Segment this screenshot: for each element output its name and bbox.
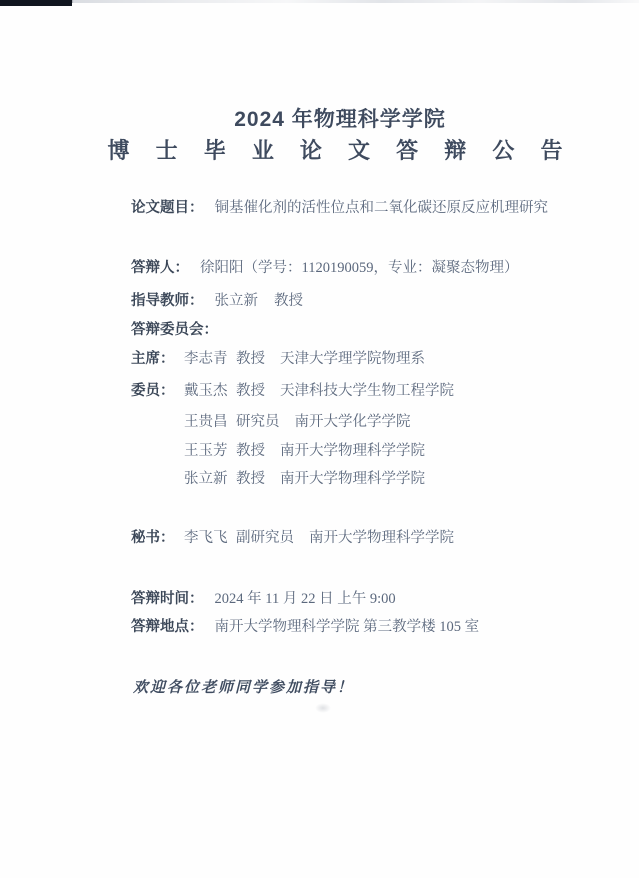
committee-member-title: 教授 <box>236 470 265 489</box>
advisor-title: 教授 <box>274 293 303 309</box>
committee-row-member: 王贵昌研究员南开大学化学学院 <box>131 413 411 432</box>
secretary-name: 李飞飞 <box>184 529 236 548</box>
defense-time-value: 2024 年 11 月 22 日 上午 9:00 <box>215 591 396 607</box>
thesis-title-label: 论文题目： <box>131 200 204 216</box>
scanned-document-page: 2024 年物理科学学院 博 士 毕 业 论 文 答 辩 公 告 论文题目：铜基… <box>0 0 639 878</box>
committee-member-affiliation: 天津科技大学生物工程学院 <box>280 383 454 399</box>
defense-location-label: 答辩地点： <box>131 619 204 635</box>
committee-member-affiliation: 天津大学理学院物理系 <box>280 351 425 367</box>
committee-header-row: 答辩委员会： <box>131 321 229 340</box>
defense-location-value: 南开大学物理科学学院 第三教学楼 105 室 <box>215 619 480 635</box>
document-title-year-line: 2024 年物理科学学院 <box>40 103 639 133</box>
committee-row-member: 委员：戴玉杰教授天津科技大学生物工程学院 <box>131 382 454 401</box>
committee-member-affiliation: 南开大学化学学院 <box>295 414 411 430</box>
scan-artifact-top-edge <box>0 0 639 3</box>
defense-time-row: 答辩时间：2024 年 11 月 22 日 上午 9:00 <box>131 590 396 609</box>
committee-header-label: 答辩委员会： <box>131 322 218 338</box>
closing-welcome-line: 欢迎各位老师同学参加指导！ <box>133 676 354 697</box>
committee-member-name: 张立新 <box>184 470 236 489</box>
committee-row-member: 张立新教授南开大学物理科学学院 <box>131 470 425 489</box>
secretary-affiliation: 南开大学物理科学学院 <box>309 530 454 546</box>
advisor-label: 指导教师： <box>131 293 204 309</box>
secretary-title: 副研究员 <box>236 529 294 548</box>
committee-row-chair: 主席：李志青教授天津大学理学院物理系 <box>131 350 425 369</box>
committee-row-member: 王玉芳教授南开大学物理科学学院 <box>131 442 425 461</box>
thesis-title-value: 铜基催化剂的活性位点和二氧化碳还原反应机理研究 <box>215 200 549 216</box>
defender-value: 徐阳阳（学号：1120190059，专业：凝聚态物理） <box>200 260 518 276</box>
committee-member-name: 王玉芳 <box>184 442 236 461</box>
secretary-label: 秘书： <box>131 529 184 548</box>
committee-member-affiliation: 南开大学物理科学学院 <box>280 443 425 459</box>
committee-member-title: 教授 <box>236 382 265 401</box>
committee-member-name: 戴玉杰 <box>184 382 236 401</box>
secretary-row: 秘书：李飞飞副研究员南开大学物理科学学院 <box>131 529 454 548</box>
scan-artifact-smudge <box>315 703 331 713</box>
committee-member-title: 教授 <box>236 442 265 461</box>
advisor-name: 张立新 <box>215 293 259 309</box>
advisor-row: 指导教师：张立新教授 <box>131 292 303 311</box>
defense-location-row: 答辩地点：南开大学物理科学学院 第三教学楼 105 室 <box>131 618 479 637</box>
committee-role-label: 主席： <box>131 350 184 369</box>
thesis-title-row: 论文题目：铜基催化剂的活性位点和二氧化碳还原反应机理研究 <box>131 199 548 218</box>
document-title-main-line: 博 士 毕 业 论 文 答 辩 公 告 <box>40 134 639 165</box>
defender-label: 答辩人： <box>131 260 189 276</box>
scan-artifact-corner-bar <box>0 0 72 6</box>
committee-role-label: 委员： <box>131 382 184 401</box>
defender-row: 答辩人：徐阳阳（学号：1120190059，专业：凝聚态物理） <box>131 259 518 278</box>
committee-member-name: 李志青 <box>184 350 236 369</box>
committee-member-affiliation: 南开大学物理科学学院 <box>280 471 425 487</box>
committee-member-title: 教授 <box>236 350 265 369</box>
committee-member-title: 研究员 <box>236 413 280 432</box>
defense-time-label: 答辩时间： <box>131 591 204 607</box>
committee-member-name: 王贵昌 <box>184 413 236 432</box>
